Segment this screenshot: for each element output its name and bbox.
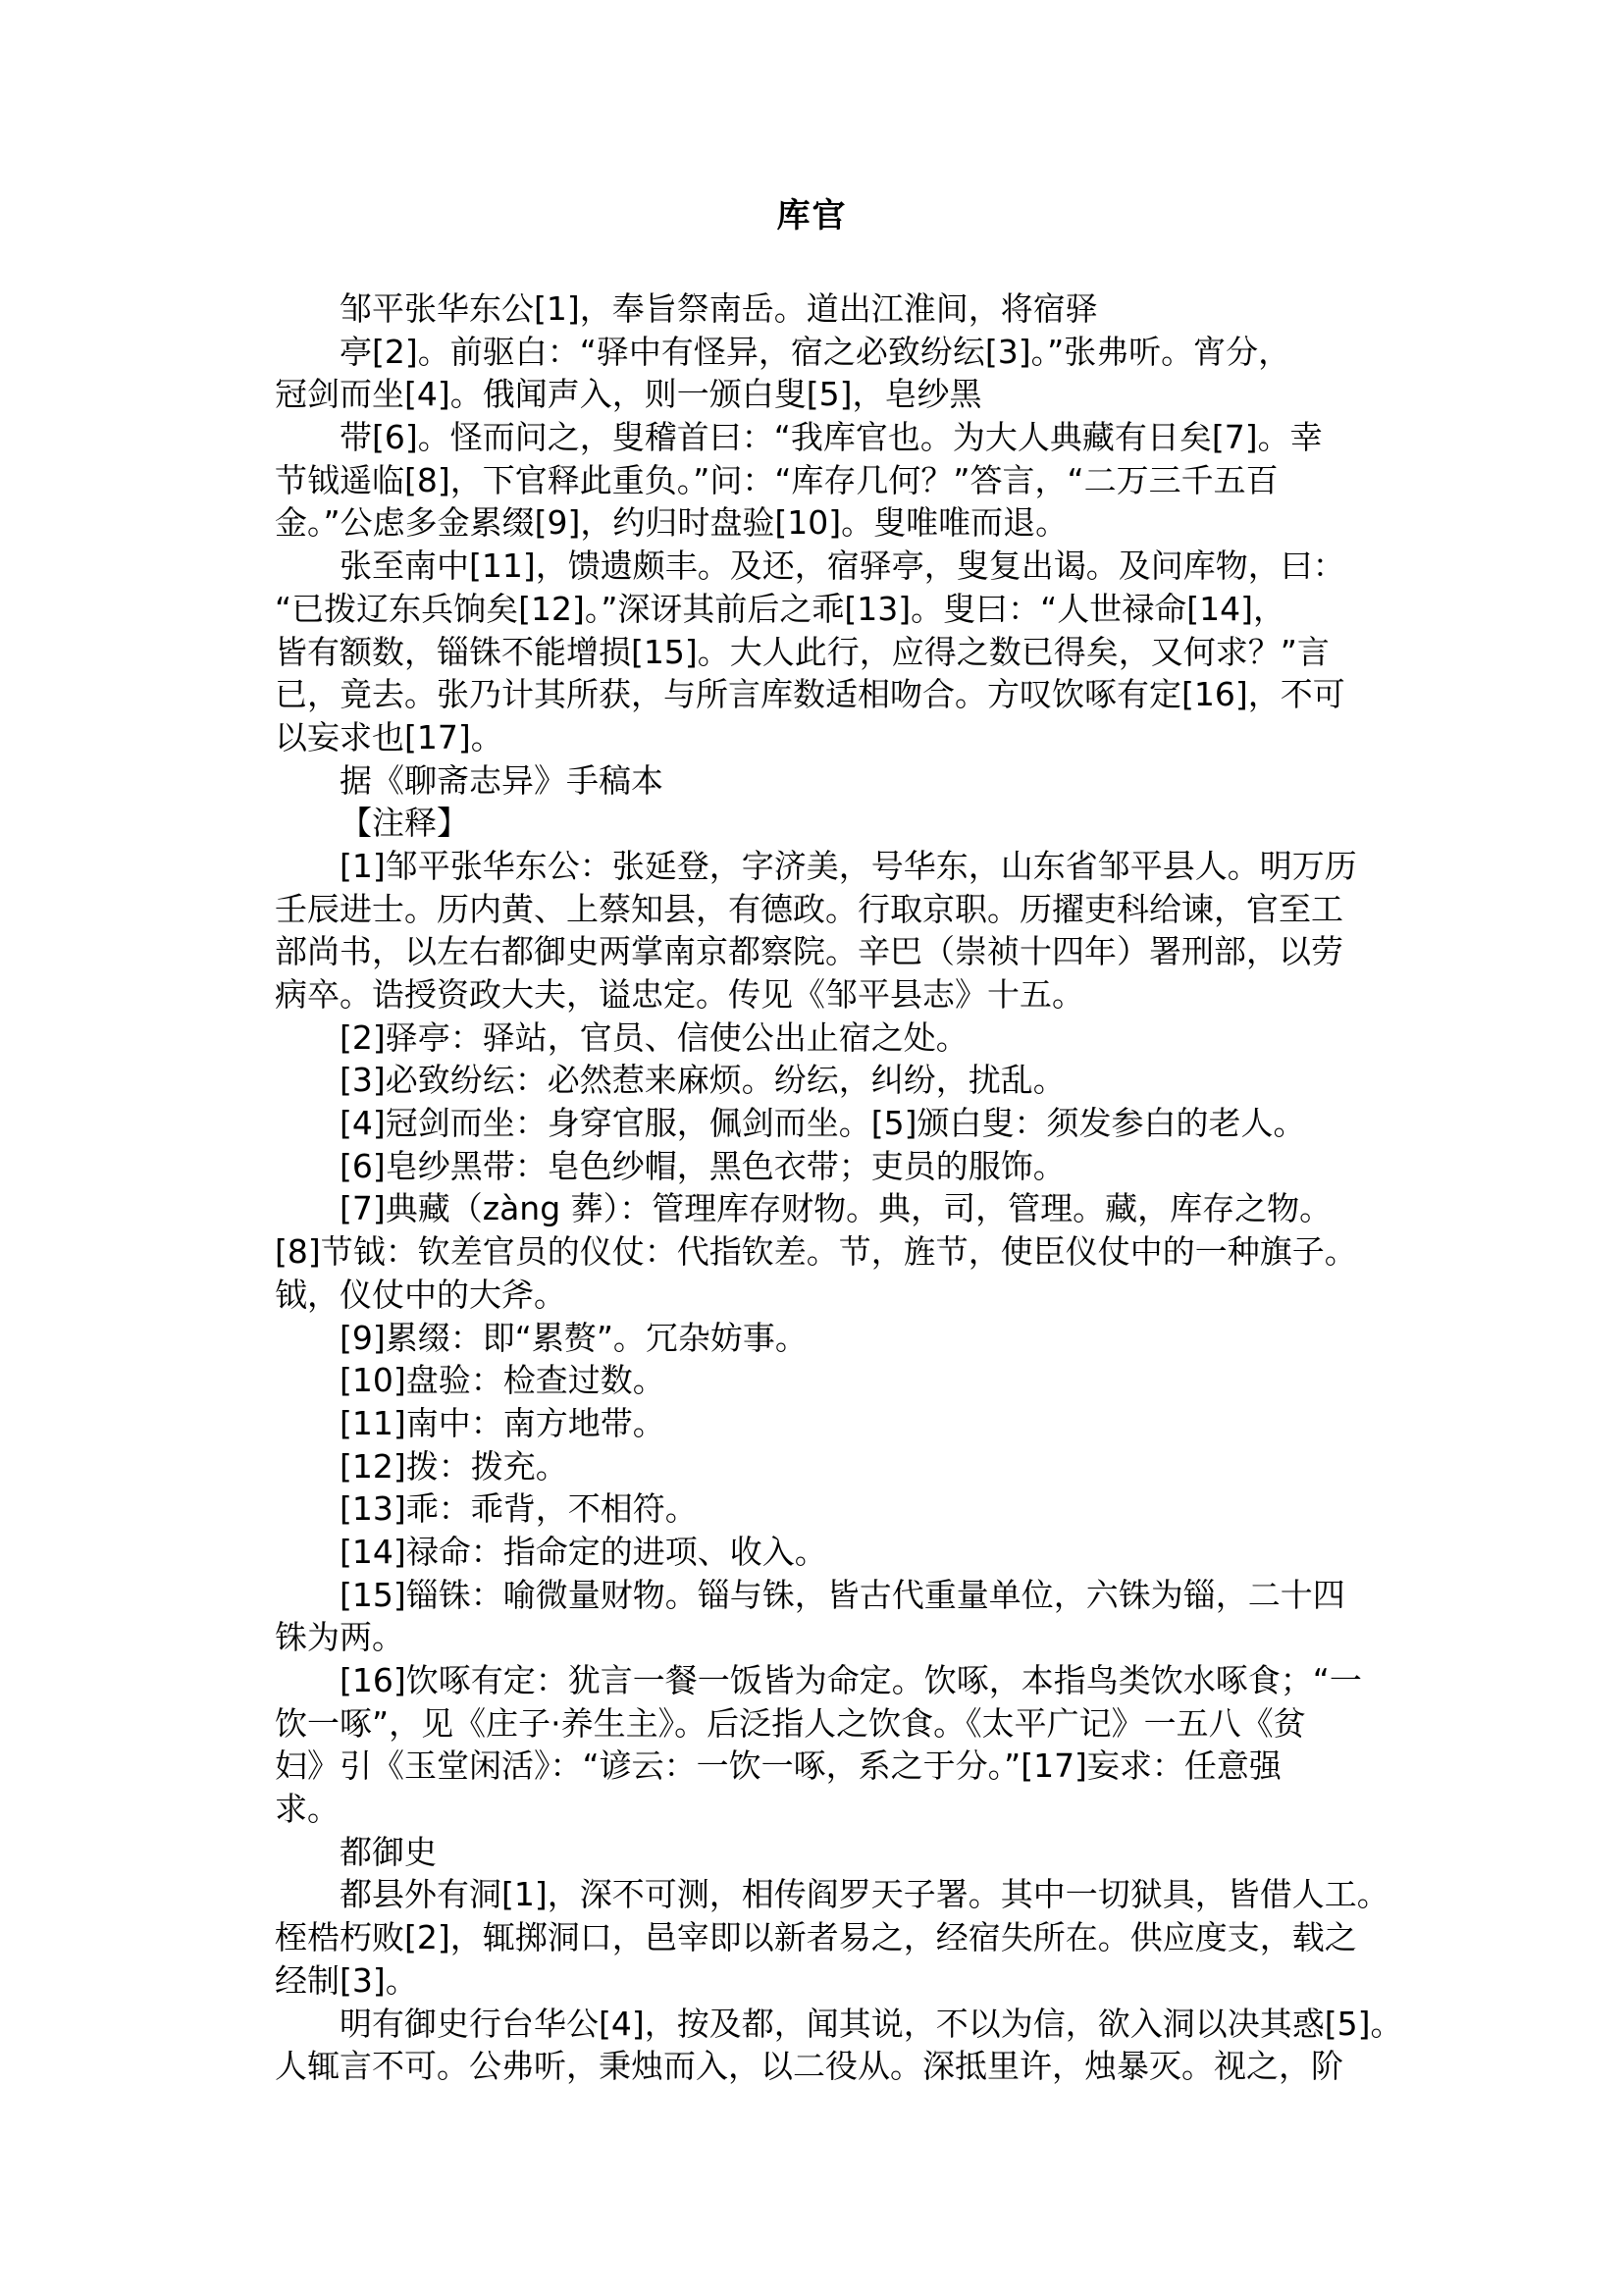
text-line: [16]饮啄有定：犹言一餐一饭皆为命定。饮啄，本指鸟类饮水啄食；“一 [275, 1659, 1413, 1702]
text-line: 都御史 [275, 1831, 1413, 1874]
text-line: 邹平张华东公[1]，奉旨祭南岳。道出江淮间，将宿驿 [275, 287, 1413, 331]
text-line: [6]皂纱黑带：皂色纱帽，黑色衣带；吏员的服饰。 [275, 1145, 1413, 1188]
text-line: [15]锱铢：喻微量财物。锱与铢，皆古代重量单位，六铢为锱，二十四 [275, 1574, 1413, 1617]
text-line: 亭[2]。前驱白：“驿中有怪异，宿之必致纷纭[3]。”张弗听。宵分， [275, 331, 1413, 374]
text-line: “已拨辽东兵饷矣[12]。”深讶其前后之乖[13]。叟曰：“人世禄命[14]， [275, 588, 1413, 631]
text-line: 妇》引《玉堂闲活》：“谚云：一饮一啄，系之于分。”[17]妄求：任意强 [275, 1745, 1413, 1788]
text-line: 节钺遥临[8]，下官释此重负。”问：“库存几何？”答言，“二万三千五百 [275, 459, 1413, 502]
page-title: 库官 [275, 194, 1349, 237]
document-body: 邹平张华东公[1]，奉旨祭南岳。道出江淮间，将宿驿亭[2]。前驱白：“驿中有怪异… [275, 287, 1413, 2088]
text-line: 都县外有洞[1]，深不可测，相传阎罗天子署。其中一切狱具，皆借人工。 [275, 1873, 1413, 1916]
text-line: 已，竟去。张乃计其所获，与所言库数适相吻合。方叹饮啄有定[16]，不可 [275, 673, 1413, 716]
text-line: [11]南中：南方地带。 [275, 1402, 1413, 1445]
text-line: 据《聊斋志异》手稿本 [275, 759, 1413, 803]
text-line: 皆有额数，锱铢不能增损[15]。大人此行，应得之数已得矣，又何求？”言 [275, 631, 1413, 674]
text-line: 病卒。诰授资政大夫，谥忠定。传见《邹平县志》十五。 [275, 973, 1413, 1017]
text-line: [3]必致纷纭：必然惹来麻烦。纷纭，纠纷，扰乱。 [275, 1059, 1413, 1102]
text-line: [7]典藏（zàng 葬）：管理库存财物。典，司，管理。藏，库存之物。 [275, 1187, 1413, 1230]
text-line: [4]冠剑而坐：身穿官服，佩剑而坐。[5]颁白叟：须发参白的老人。 [275, 1102, 1413, 1145]
text-line: 以妄求也[17]。 [275, 716, 1413, 759]
text-line: 饮一啄”，见《庄子·养生主》。后泛指人之饮食。《太平广记》一五八《贫 [275, 1702, 1413, 1746]
text-line: 钺，仪仗中的大斧。 [275, 1274, 1413, 1317]
text-line: 经制[3]。 [275, 1959, 1413, 2003]
document-page: 库官 邹平张华东公[1]，奉旨祭南岳。道出江淮间，将宿驿亭[2]。前驱白：“驿中… [0, 0, 1624, 2294]
text-line: 求。 [275, 1788, 1413, 1831]
text-line: 铢为两。 [275, 1616, 1413, 1659]
text-line: [2]驿亭：驿站，官员、信使公出止宿之处。 [275, 1017, 1413, 1060]
text-line: 带[6]。怪而问之，叟稽首曰：“我库官也。为大人典藏有日矣[7]。幸 [275, 416, 1413, 459]
text-line: 部尚书，以左右都御史两掌南京都察院。辛巴（崇祯十四年）署刑部，以劳 [275, 930, 1413, 973]
text-line: [9]累缀：即“累赘”。冗杂妨事。 [275, 1317, 1413, 1360]
text-line: [1]邹平张华东公：张延登，字济美，号华东，山东省邹平县人。明万历 [275, 845, 1413, 888]
text-line: 【注释】 [275, 802, 1413, 845]
text-line: [13]乖：乖背，不相符。 [275, 1487, 1413, 1531]
text-line: 冠剑而坐[4]。俄闻声入，则一颁白叟[5]，皂纱黑 [275, 373, 1413, 416]
text-line: [8]节钺：钦差官员的仪仗：代指钦差。节，旌节，使臣仪仗中的一种旗子。 [275, 1230, 1413, 1274]
text-line: [12]拨：拨充。 [275, 1445, 1413, 1488]
text-line: [10]盘验：检查过数。 [275, 1359, 1413, 1402]
text-line: 人辄言不可。公弗听，秉烛而入，以二役从。深抵里许，烛暴灭。视之，阶 [275, 2045, 1413, 2088]
text-line: 壬辰进士。历内黄、上蔡知县，有德政。行取京职。历擢吏科给谏，官至工 [275, 888, 1413, 931]
text-line: [14]禄命：指命定的进项、收入。 [275, 1531, 1413, 1574]
text-line: 明有御史行台华公[4]，按及都，闻其说，不以为信，欲入洞以决其惑[5]。 [275, 2003, 1413, 2046]
text-line: 桎梏朽败[2]，辄掷洞口，邑宰即以新者易之，经宿失所在。供应度支，载之 [275, 1916, 1413, 1959]
text-line: 张至南中[11]，馈遗颇丰。及还，宿驿亭，叟复出谒。及问库物，曰： [275, 545, 1413, 588]
text-line: 金。”公虑多金累缀[9]，约归时盘验[10]。叟唯唯而退。 [275, 501, 1413, 545]
